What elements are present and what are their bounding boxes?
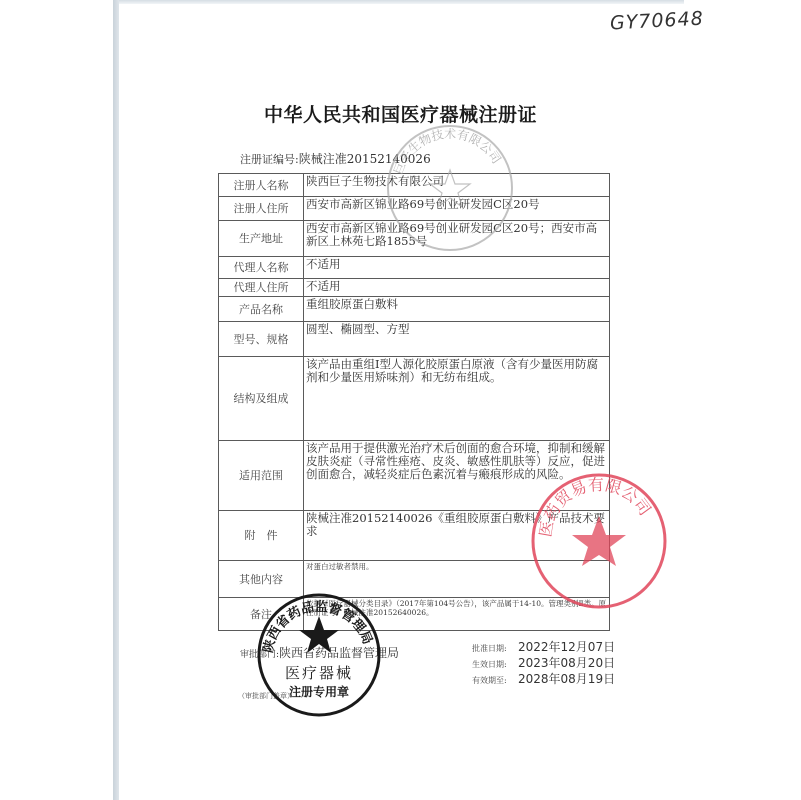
approval-department: 审批部门:陕西省药品监督管理局 [240,644,399,661]
date-value: 2028年08月19日 [518,670,615,687]
date-value: 2022年12月07日 [518,638,615,655]
effective-date: 生效日期: 2023年08月20日 [472,654,615,670]
field-label: 生产地址 [219,221,304,257]
handwritten-note: GY70648 [609,8,704,35]
field-label: 附 件 [219,511,304,561]
official-seal-center-text: 医疗器械 [285,664,353,682]
official-seal-bottom-text: 注册专用章 [289,684,349,699]
table-row: 型号、规格圆型、椭圆型、方型 [219,322,610,357]
expiry-date: 有效期至: 2028年08月19日 [472,670,615,686]
table-row: 代理人住所不适用 [219,279,610,297]
field-value: 圆型、椭圆型、方型 [304,322,610,357]
field-label: 适用范围 [219,441,304,511]
approval-department-value: 陕西省药品监督管理局 [279,646,399,660]
field-label: 型号、规格 [219,322,304,357]
field-label: 注册人住所 [219,197,304,221]
field-value: 依据《医疗器械分类目录》（2017年第104号公告），该产品属于14-10。管理… [304,598,610,631]
field-label: 其他内容 [219,561,304,598]
registration-number: 注册证编号:陕械注准20152140026 [240,150,431,167]
table-row: 注册人名称陕西巨子生物技术有限公司 [219,174,610,197]
table-row: 其他内容对蛋白过敏者禁用。 [219,561,610,598]
registration-number-value: 陕械注准20152140026 [299,152,431,166]
field-value: 不适用 [304,257,610,279]
date-label: 有效期至: [472,675,518,686]
field-value: 西安市高新区锦业路69号创业研发园C区20号；西安市高新区上林苑七路1855号 [304,221,610,257]
seal-note: （审批部门盖章） [238,691,294,701]
table-row: 附 件陕械注准20152140026《重组胶原蛋白敷料》产品技术要求 [219,511,610,561]
field-label: 结构及组成 [219,357,304,441]
table-row: 产品名称重组胶原蛋白敷料 [219,297,610,322]
table-row: 生产地址西安市高新区锦业路69号创业研发园C区20号；西安市高新区上林苑七路18… [219,221,610,257]
field-label: 注册人名称 [219,174,304,197]
field-label: 备注 [219,598,304,631]
field-label: 产品名称 [219,297,304,322]
field-value: 重组胶原蛋白敷料 [304,297,610,322]
table-row: 适用范围该产品用于提供激光治疗术后创面的愈合环境，抑制和缓解皮肤炎症（寻常性痤疮… [219,441,610,511]
approval-department-label: 审批部门: [240,650,279,660]
field-value: 该产品由重组I型人源化胶原蛋白原液（含有少量医用防腐剂和少量医用矫味剂）和无纺布… [304,357,610,441]
table-row: 备注依据《医疗器械分类目录》（2017年第104号公告），该产品属于14-10。… [219,598,610,631]
date-label: 批准日期: [472,643,518,654]
document-title: 中华人民共和国医疗器械注册证 [0,100,801,127]
field-value: 西安市高新区锦业路69号创业研发园C区20号 [304,197,610,221]
date-label: 生效日期: [472,659,518,670]
field-value: 不适用 [304,279,610,297]
date-value: 2023年08月20日 [518,654,615,671]
page-top-edge [119,0,684,4]
field-value: 陕械注准20152140026《重组胶原蛋白敷料》产品技术要求 [304,511,610,561]
approval-date: 批准日期: 2022年12月07日 [472,638,615,654]
registration-number-label: 注册证编号: [240,153,299,166]
field-label: 代理人住所 [219,279,304,297]
table-row: 注册人住所西安市高新区锦业路69号创业研发园C区20号 [219,197,610,221]
field-label: 代理人名称 [219,257,304,279]
field-value: 对蛋白过敏者禁用。 [304,561,610,598]
table-row: 代理人名称不适用 [219,257,610,279]
table-row: 结构及组成该产品由重组I型人源化胶原蛋白原液（含有少量医用防腐剂和少量医用矫味剂… [219,357,610,441]
certificate-table: 注册人名称陕西巨子生物技术有限公司注册人住所西安市高新区锦业路69号创业研发园C… [218,173,610,631]
field-value: 陕西巨子生物技术有限公司 [304,174,610,197]
date-block: 批准日期: 2022年12月07日 生效日期: 2023年08月20日 有效期至… [472,638,615,686]
field-value: 该产品用于提供激光治疗术后创面的愈合环境，抑制和缓解皮肤炎症（寻常性痤疮、皮炎、… [304,441,610,511]
